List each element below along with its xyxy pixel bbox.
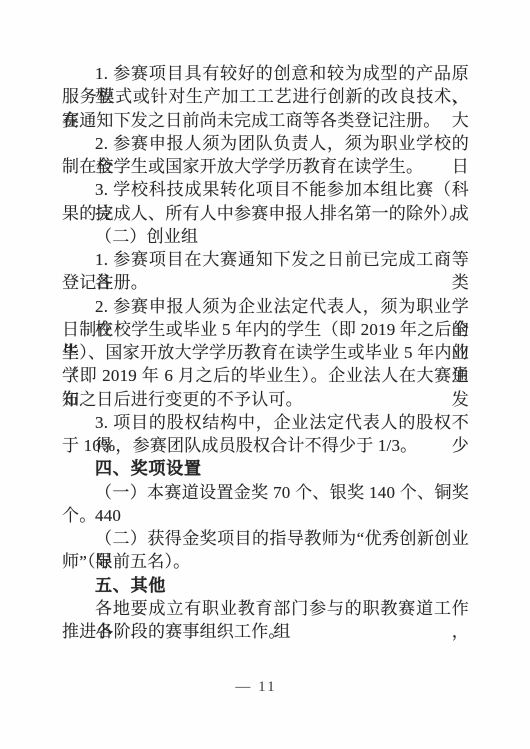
section-heading: 五、其他 <box>62 574 469 597</box>
text-line: 1. 参赛项目具有较好的创意和较为成型的产品原型、 <box>62 62 469 85</box>
text-line: （即 2019 年 6 月之后的毕业生）。企业法人在大赛通知发 <box>62 364 469 387</box>
document-body: 1. 参赛项目具有较好的创意和较为成型的产品原型、服务模式或针对生产加工工艺进行… <box>62 62 469 643</box>
text-line: 个。 <box>62 504 469 527</box>
text-line: （一）本赛道设置金奖 70 个、银奖 140 个、铜奖 440 <box>62 481 469 504</box>
text-line: 2. 参赛申报人须为团队负责人，须为职业学校的全日 <box>62 132 469 155</box>
text-line: 生）、国家开放大学学历教育在读学生或毕业 5 年内的学生 <box>62 341 469 364</box>
text-line: （二）获得金奖项目的指导教师为“优秀创新创业导 <box>62 527 469 550</box>
text-line: 制在校学生或国家开放大学学历教育在读学生。 <box>62 155 469 178</box>
text-line: 于 10%，参赛团队成员股权合计不得少于 1/3。 <box>62 434 469 457</box>
text-line: 1. 参赛项目在大赛通知下发之日前已完成工商等各类 <box>62 248 469 271</box>
text-line: 3. 项目的股权结构中，企业法定代表人的股权不得少 <box>62 411 469 434</box>
text-line: 日制在校学生或毕业 5 年内的学生（即 2019 年之后的毕业 <box>62 318 469 341</box>
text-line: （二）创业组 <box>62 225 469 248</box>
text-line: 赛通知下发之日前尚未完成工商等各类登记注册。 <box>62 109 469 132</box>
document-page: 1. 参赛项目具有较好的创意和较为成型的产品原型、服务模式或针对生产加工工艺进行… <box>0 0 530 749</box>
page-number: — 11 <box>0 679 521 696</box>
text-line: 师”（限前五名）。 <box>62 550 469 573</box>
text-line: 各地要成立有职业教育部门参与的职教赛道工作小组， <box>62 597 469 620</box>
text-line: 果的完成人、所有人中参赛申报人排名第一的除外）。 <box>62 202 469 225</box>
text-line: 3. 学校科技成果转化项目不能参加本组比赛（科技成 <box>62 178 469 201</box>
text-line: 服务模式或针对生产加工工艺进行创新的改良技术，在大 <box>62 85 469 108</box>
section-heading: 四、奖项设置 <box>62 457 469 480</box>
text-line: 2. 参赛申报人须为企业法定代表人，须为职业学校全 <box>62 295 469 318</box>
